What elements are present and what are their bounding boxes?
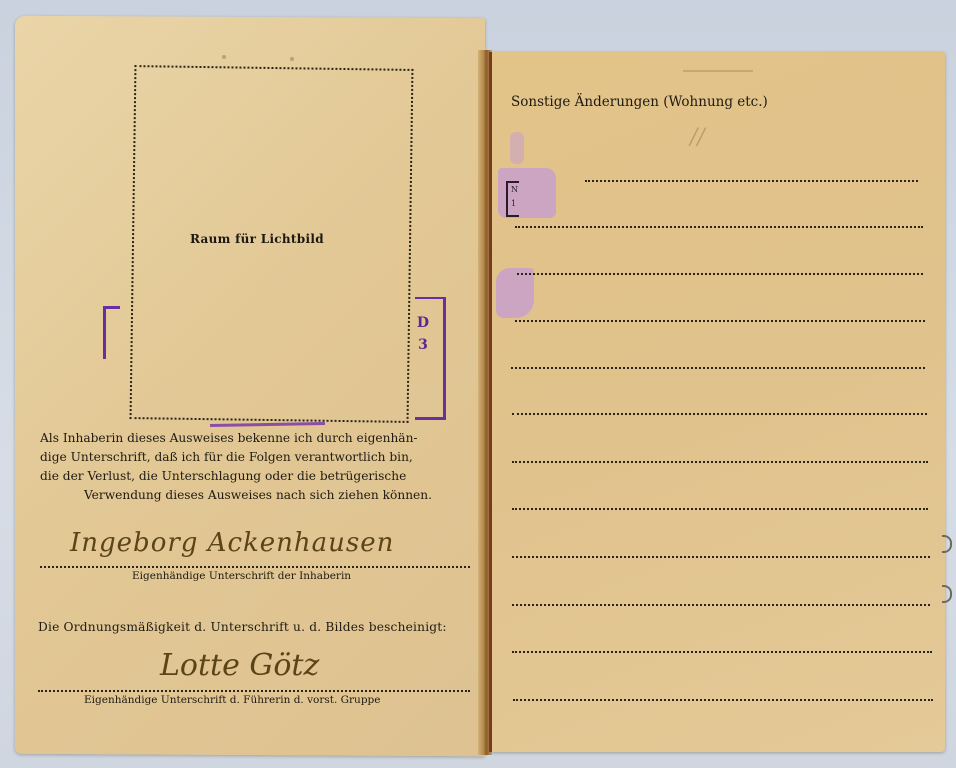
entry-line [585, 180, 918, 182]
holder-signature-caption: Eigenhändige Unterschrift der Inhaberin [132, 570, 351, 582]
photo-box-label: Raum für Lichtbild [190, 232, 360, 246]
entry-line [515, 226, 923, 228]
holder-signature: Ingeborg Ackenhausen [70, 528, 394, 558]
declaration-line: dige Unterschrift, daß ich für die Folge… [40, 448, 476, 467]
stamp-bracket-left [103, 306, 120, 359]
certification-text: Die Ordnungsmäßigkeit d. Unterschrift u.… [38, 620, 478, 634]
staple [942, 585, 952, 603]
signature-line [38, 690, 470, 692]
declaration-line: Verwendung dieses Ausweises nach sich zi… [40, 486, 476, 505]
embossed-mark [683, 58, 753, 72]
right-page [491, 52, 945, 752]
revenue-stamp-remnant [496, 268, 534, 318]
declaration-line: Als Inhaberin dieses Ausweises bekenne i… [40, 429, 476, 448]
entry-line [511, 367, 925, 369]
entry-line [515, 320, 925, 322]
entry-line [512, 651, 932, 653]
page-edge [489, 52, 492, 752]
punch-hole [222, 55, 226, 59]
entry-line [517, 273, 923, 275]
leader-signature-caption: Eigenhändige Unterschrift d. Führerin d.… [84, 694, 380, 706]
entry-line [512, 413, 927, 415]
pencil-mark: // [690, 125, 705, 150]
signature-line [40, 566, 470, 568]
declaration-line: die der Verlust, die Unterschlagung oder… [40, 467, 476, 486]
revenue-stamp-remnant [510, 132, 524, 164]
staple [942, 535, 952, 553]
changes-heading: Sonstige Änderungen (Wohnung etc.) [511, 94, 768, 110]
entry-line [513, 699, 933, 701]
entry-line [512, 508, 928, 510]
punch-hole [290, 57, 294, 61]
entry-line [512, 556, 930, 558]
entry-line [512, 604, 930, 606]
stamp-mark: D 3 [413, 312, 433, 356]
entry-line [512, 461, 928, 463]
declaration-text: Als Inhaberin dieses Ausweises bekenne i… [40, 429, 476, 505]
stamp-code: N 1 [506, 181, 519, 217]
leader-signature: Lotte Götz [160, 648, 319, 683]
